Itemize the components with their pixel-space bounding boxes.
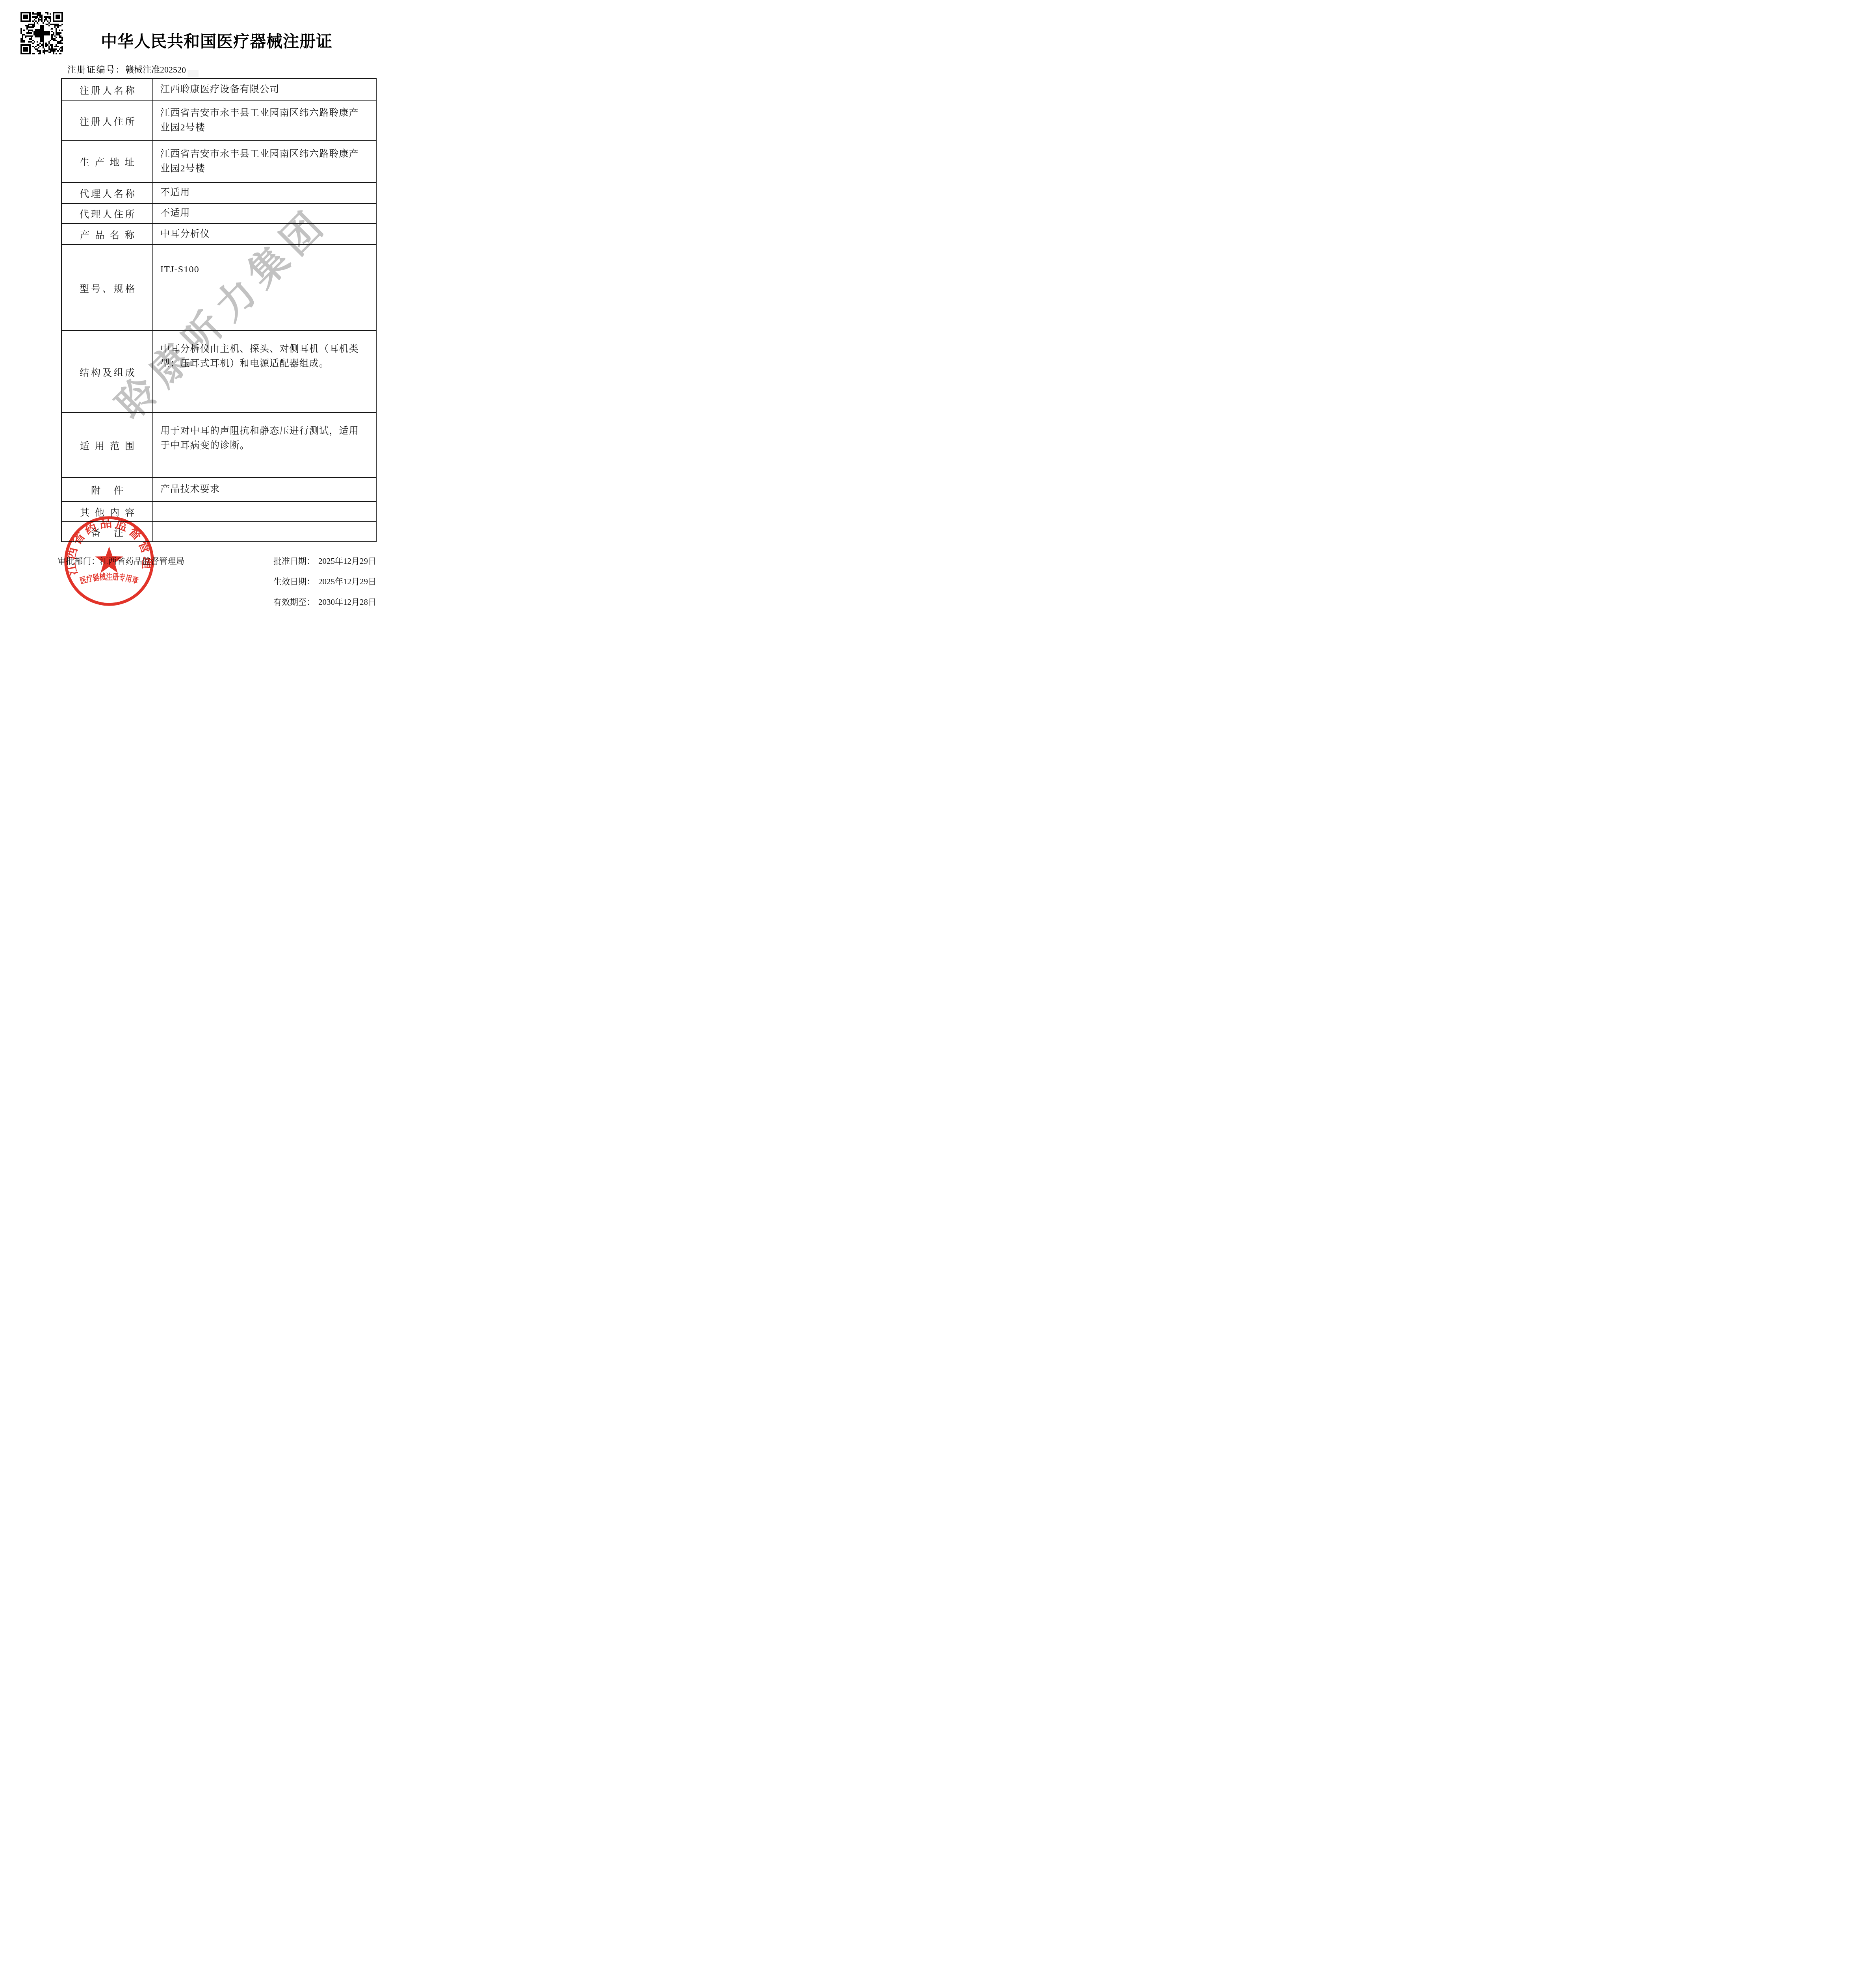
official-seal: 江西省药品监督管理局 医疗器械注册专用章 xyxy=(63,515,156,608)
expiry-date-value: 2030年12月28日 xyxy=(318,597,376,607)
row-label: 代理人名称 xyxy=(62,183,153,203)
expiry-date-label: 有效期至： xyxy=(273,597,315,607)
seal-bottom-text: 医疗器械注册专用章 xyxy=(79,572,139,586)
row-label: 适用范围 xyxy=(62,413,153,477)
effective-date-line: 生效日期：2025年12月29日 xyxy=(273,575,376,584)
table-row: 结构及组成 中耳分析仪由主机、探头、对侧耳机（耳机类型：压耳式耳机）和电源适配器… xyxy=(62,331,376,413)
row-label: 生产地址 xyxy=(62,141,153,182)
table-row: 代理人名称 不适用 xyxy=(62,183,376,204)
expiry-date-line: 有效期至：2030年12月28日 xyxy=(273,596,376,604)
row-value: 产品技术要求 xyxy=(153,478,376,501)
effective-date-label: 生效日期： xyxy=(273,577,315,586)
table-row: 注册人住所 江西省吉安市永丰县工业园南区纬六路聆康产业园2号楼 xyxy=(62,101,376,141)
row-value xyxy=(153,502,376,521)
row-value: 不适用 xyxy=(153,204,376,223)
registration-number-line: 注册证编号：赣械注准202520 xyxy=(67,63,186,75)
row-label: 产品名称 xyxy=(62,224,153,244)
redaction-artifact xyxy=(188,70,199,77)
table-row: 注册人名称 江西聆康医疗设备有限公司 xyxy=(62,79,376,101)
row-label: 结构及组成 xyxy=(62,331,153,412)
approval-date-value: 2025年12月29日 xyxy=(318,556,376,566)
certificate-table: 注册人名称 江西聆康医疗设备有限公司 注册人住所 江西省吉安市永丰县工业园南区纬… xyxy=(61,78,377,542)
table-row: 生产地址 江西省吉安市永丰县工业园南区纬六路聆康产业园2号楼 xyxy=(62,141,376,183)
row-value: 江西聆康医疗设备有限公司 xyxy=(153,79,376,100)
seal-ring-text: 江西省药品监督管理局 xyxy=(63,515,154,577)
certificate-page: 中华人民共和国医疗器械注册证 注册证编号：赣械注准202520 聆康听力集团 注… xyxy=(0,0,433,613)
row-label: 代理人住所 xyxy=(62,204,153,223)
row-label: 注册人名称 xyxy=(62,79,153,100)
row-label: 型号、规格 xyxy=(62,245,153,330)
svg-text:江西省药品监督管理局: 江西省药品监督管理局 xyxy=(63,515,154,577)
approval-date-line: 批准日期：2025年12月29日 xyxy=(273,555,376,563)
effective-date-value: 2025年12月29日 xyxy=(318,577,376,586)
table-row: 代理人住所 不适用 xyxy=(62,204,376,224)
row-label: 注册人住所 xyxy=(62,101,153,140)
registration-number-label: 注册证编号： xyxy=(67,65,125,74)
table-row: 产品名称 中耳分析仪 xyxy=(62,224,376,245)
row-value: 不适用 xyxy=(153,183,376,203)
row-value: 用于对中耳的声阻抗和静态压进行测试，适用于中耳病变的诊断。 xyxy=(153,413,376,477)
row-value: 江西省吉安市永丰县工业园南区纬六路聆康产业园2号楼 xyxy=(153,141,376,182)
table-row: 型号、规格 ITJ-S100 xyxy=(62,245,376,331)
svg-text:医疗器械注册专用章: 医疗器械注册专用章 xyxy=(79,572,139,586)
row-value: 中耳分析仪 xyxy=(153,224,376,244)
table-row: 附 件 产品技术要求 xyxy=(62,478,376,502)
approval-date-label: 批准日期： xyxy=(273,556,315,566)
row-label: 附 件 xyxy=(62,478,153,501)
registration-number-value: 赣械注准20252 xyxy=(125,65,182,74)
row-value: 江西省吉安市永丰县工业园南区纬六路聆康产业园2号楼 xyxy=(153,101,376,140)
row-value xyxy=(153,522,376,541)
seal-star-icon xyxy=(95,546,123,573)
table-row: 适用范围 用于对中耳的声阻抗和静态压进行测试，适用于中耳病变的诊断。 xyxy=(62,413,376,478)
date-block: 批准日期：2025年12月29日 生效日期：2025年12月29日 有效期至：2… xyxy=(273,555,376,613)
row-value: ITJ-S100 xyxy=(153,245,376,330)
registration-number-clipped-digit: 0 xyxy=(182,65,186,75)
page-title: 中华人民共和国医疗器械注册证 xyxy=(0,28,433,52)
row-value: 中耳分析仪由主机、探头、对侧耳机（耳机类型：压耳式耳机）和电源适配器组成。 xyxy=(153,331,376,412)
